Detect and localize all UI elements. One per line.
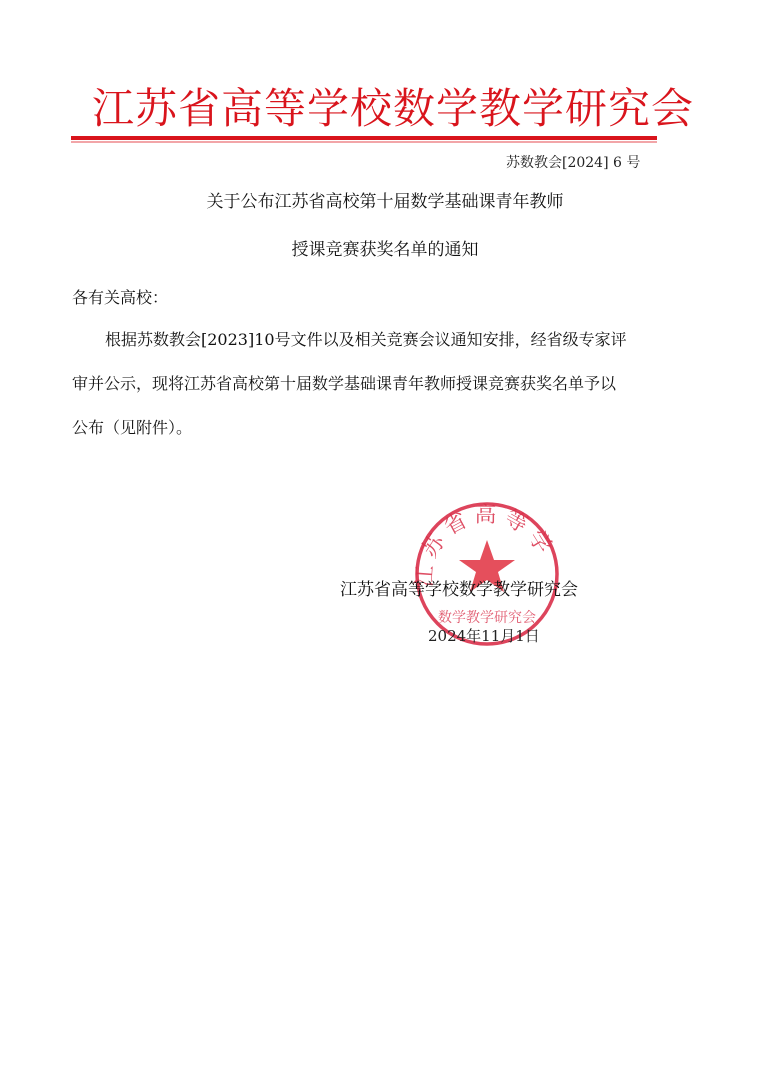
signature-date: 2024年11月1日 [428, 625, 540, 646]
signature-organization: 江苏省高等学校数学教学研究会 [340, 575, 578, 600]
document-number: 苏数教会[2024] 6 号 [506, 152, 640, 172]
salutation: 各有关高校： [72, 285, 168, 308]
notice-title-line-1: 关于公布江苏省高校第十届数学基础课青年教师 [0, 187, 770, 212]
letterhead-divider [71, 136, 657, 140]
seal-bottom-text: 数学教学研究会 [438, 609, 536, 626]
body-line: 公布（见附件）。 [72, 406, 712, 450]
organization-letterhead: 江苏省高等学校数学教学研究会 [92, 84, 694, 134]
body-line: 审并公示，现将江苏省高校第十届数学基础课青年教师授课竞赛获奖名单予以 [72, 362, 712, 406]
notice-title-line-2: 授课竞赛获奖名单的通知 [0, 235, 770, 260]
letterhead-divider-secondary [71, 141, 657, 143]
body-line: 根据苏数教会[2023]10号文件以及相关竞赛会议通知安排，经省级专家评 [72, 318, 712, 362]
body-paragraph: 根据苏数教会[2023]10号文件以及相关竞赛会议通知安排，经省级专家评 审并公… [72, 318, 712, 450]
